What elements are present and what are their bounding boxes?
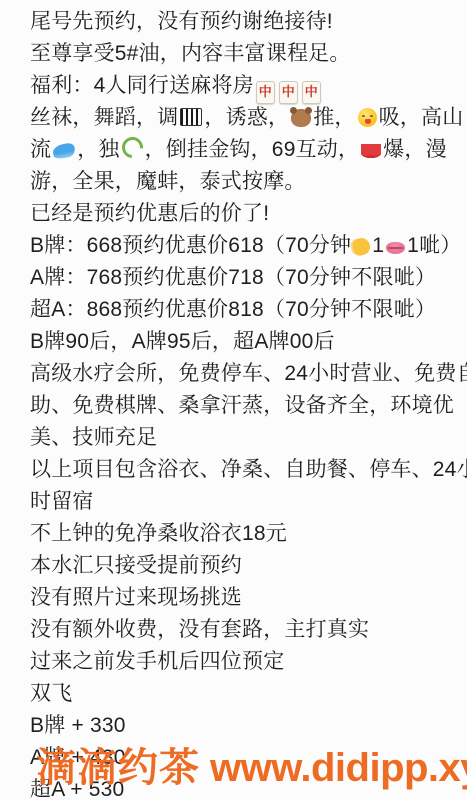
text-segment: 没有照片过来现场挑选 bbox=[30, 586, 242, 609]
text-segment: 超A：868预约优惠价818（70分钟不限呲） bbox=[30, 298, 436, 321]
page: 尾号先预约，没有预约谢绝接待!至尊享受5#油，内容丰富课程足。福利：4人同行送麻… bbox=[0, 0, 467, 800]
piano-icon bbox=[180, 108, 202, 126]
text-segment: A牌：768预约优惠价718（70分钟不限呲） bbox=[30, 266, 436, 289]
text-line: 超A：868预约优惠价818（70分钟不限呲） bbox=[30, 294, 459, 326]
mahjong-icon: 中 bbox=[279, 81, 298, 104]
kiss-mark-icon bbox=[361, 144, 381, 158]
text-segment: 没有额外收费，没有套路，主打真实 bbox=[30, 618, 369, 641]
text-segment: 爆，漫 bbox=[383, 138, 447, 161]
text-segment: 流 bbox=[30, 138, 51, 161]
text-line: 尾号先预约，没有预约谢绝接待! bbox=[30, 6, 459, 38]
text-line: 以上项目包含浴衣、净桑、自助餐、停车、24小 bbox=[30, 454, 459, 486]
text-segment: 福利：4人同行送麻将房 bbox=[30, 74, 254, 97]
text-segment: 游，全果，魔蚌，泰式按摩。 bbox=[30, 170, 306, 193]
text-segment: 本水汇只接受提前预约 bbox=[30, 554, 242, 577]
snake-icon bbox=[117, 133, 147, 163]
text-segment: 以上项目包含浴衣、净桑、自助餐、停车、24小 bbox=[30, 458, 467, 481]
text-segment: B牌：668预约优惠价618（70分钟 bbox=[30, 234, 351, 257]
text-line: 时留宿 bbox=[30, 486, 459, 518]
mahjong-icon: 中 bbox=[256, 81, 275, 104]
text-segment: 丝袜，舞蹈，调 bbox=[30, 106, 178, 129]
wave-hand-icon bbox=[351, 236, 372, 257]
text-segment: ，独 bbox=[77, 138, 119, 161]
text-segment: 至尊享受5#油，内容丰富课程足。 bbox=[30, 42, 351, 65]
text-line: 丝袜，舞蹈，调，诱惑，推，吸，高山 bbox=[30, 102, 459, 134]
text-segment: 尾号先预约，没有预约谢绝接待! bbox=[30, 10, 333, 33]
bear-icon bbox=[291, 109, 311, 127]
watermark-url: www.didipp.xyz bbox=[210, 746, 467, 790]
text-segment: 双飞 bbox=[30, 682, 72, 705]
text-segment: 吸，高山 bbox=[379, 106, 464, 129]
text-line: 游，全果，魔蚌，泰式按摩。 bbox=[30, 166, 459, 198]
text-line: 已经是预约优惠后的价了! bbox=[30, 198, 459, 230]
text-line: 双飞 bbox=[30, 678, 459, 710]
text-line: B牌：668预约优惠价618（70分钟11呲） bbox=[30, 230, 459, 262]
text-segment: 1呲） bbox=[407, 234, 461, 257]
text-line: 没有照片过来现场挑选 bbox=[30, 582, 459, 614]
text-line: A牌：768预约优惠价718（70分钟不限呲） bbox=[30, 262, 459, 294]
text-line: 流，独，倒挂金钩，69互动，爆，漫 bbox=[30, 134, 459, 166]
text-line: B牌90后，A牌95后，超A牌00后 bbox=[30, 326, 459, 358]
text-line: 不上钟的免净桑收浴衣18元 bbox=[30, 518, 459, 550]
text-line: 高级水疗会所，免费停车、24小时营业、免费自 bbox=[30, 358, 459, 390]
watermark: 滴滴约茶www.didipp.xyz bbox=[36, 736, 467, 793]
kiss-face-icon bbox=[358, 108, 377, 127]
text-segment: ，倒挂金钩，69互动， bbox=[145, 138, 360, 161]
text-segment: 高级水疗会所，免费停车、24小时营业、免费自 bbox=[30, 362, 467, 385]
text-segment: 助、免费棋牌、桑拿汗蒸，设备齐全，环境优 bbox=[30, 394, 454, 417]
mouth-icon bbox=[386, 242, 405, 254]
dolphin-icon bbox=[52, 142, 76, 160]
text-line: 没有额外收费，没有套路，主打真实 bbox=[30, 614, 459, 646]
ad-text-block: 尾号先预约，没有预约谢绝接待!至尊享受5#油，内容丰富课程足。福利：4人同行送麻… bbox=[30, 6, 459, 800]
text-segment: 1 bbox=[372, 234, 384, 257]
text-line: 美、技师充足 bbox=[30, 422, 459, 454]
text-line: 助、免费棋牌、桑拿汗蒸，设备齐全，环境优 bbox=[30, 390, 459, 422]
watermark-brand: 滴滴约茶 bbox=[36, 746, 200, 790]
mahjong-icon: 中 bbox=[302, 81, 321, 104]
text-segment: 不上钟的免净桑收浴衣18元 bbox=[30, 522, 287, 545]
text-segment: 美、技师充足 bbox=[30, 426, 157, 449]
text-segment: 推， bbox=[313, 106, 355, 129]
text-segment: 过来之前发手机后四位预定 bbox=[30, 650, 284, 673]
text-segment: B牌90后，A牌95后，超A牌00后 bbox=[30, 330, 335, 353]
text-segment: 时留宿 bbox=[30, 490, 94, 513]
text-line: 过来之前发手机后四位预定 bbox=[30, 646, 459, 678]
text-line: 至尊享受5#油，内容丰富课程足。 bbox=[30, 38, 459, 70]
text-segment: 已经是预约优惠后的价了! bbox=[30, 202, 269, 225]
text-line: 本水汇只接受提前预约 bbox=[30, 550, 459, 582]
text-line: 福利：4人同行送麻将房中中中 bbox=[30, 70, 459, 102]
text-segment: B牌 + 330 bbox=[30, 714, 126, 737]
text-segment: ，诱惑， bbox=[204, 106, 289, 129]
